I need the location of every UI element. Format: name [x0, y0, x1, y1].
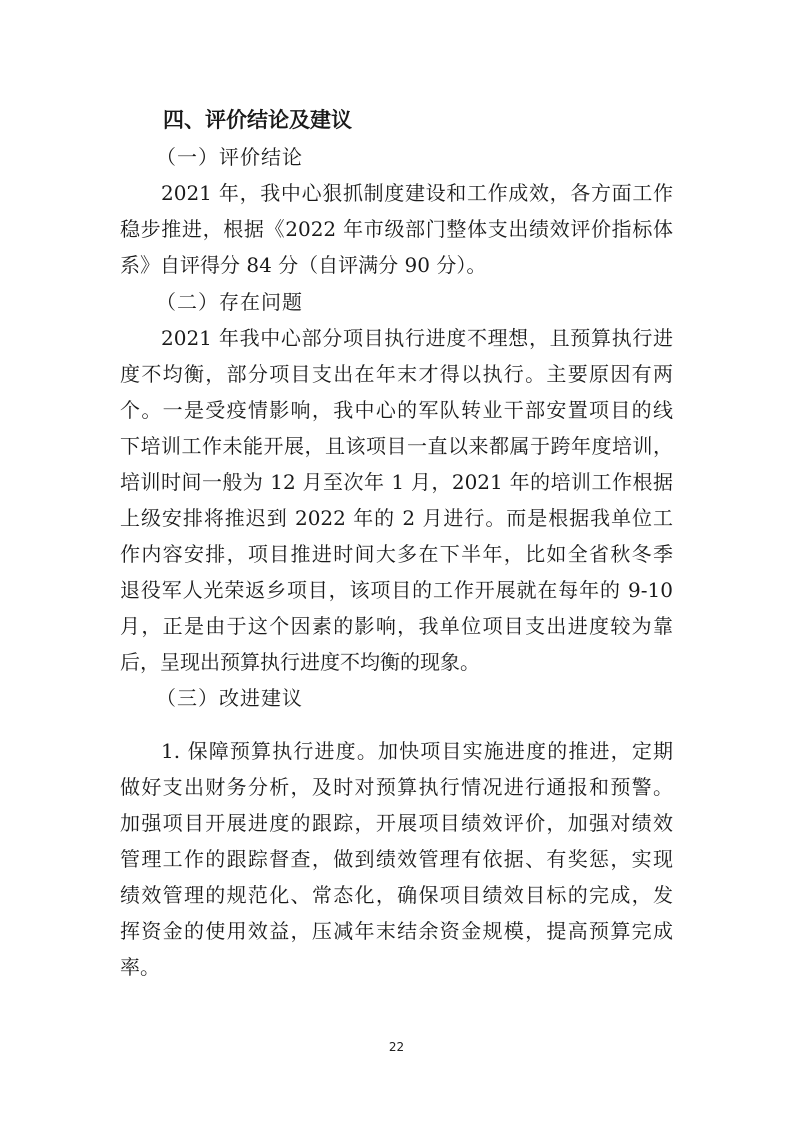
paragraph-line: 加强项目开展进度的跟踪，开展项目绩效评价，加强对绩效 — [120, 811, 673, 835]
paragraph-line: 绩效管理的规范化、常态化，确保项目绩效目标的完成，发 — [120, 883, 673, 907]
subsection-heading-conclusion: （一）评价结论 — [156, 145, 709, 169]
paragraph-line: 2021 年，我中心狠抓制度建设和工作成效，各方面工作 — [161, 181, 673, 205]
paragraph-line: 个。一是受疫情影响，我中心的军队转业干部安置项目的线 — [120, 398, 673, 422]
paragraph-line: 做好支出财务分析，及时对预算执行情况进行通报和预警。 — [120, 775, 673, 799]
paragraph-line: 后，呈现出预算执行进度不均衡的现象。 — [120, 650, 673, 674]
subsection-heading-problems: （二）存在问题 — [156, 290, 709, 314]
paragraph-line: 挥资金的使用效益，压减年末结余资金规模，提高预算完成 — [120, 919, 673, 943]
subsection-heading-suggestions: （三）改进建议 — [156, 686, 709, 710]
page-number: 22 — [0, 1040, 793, 1054]
paragraph-line: 2021 年我中心部分项目执行进度不理想，且预算执行进 — [161, 326, 673, 350]
paragraph-line: 率。 — [120, 955, 673, 979]
paragraph-line: 退役军人光荣返乡项目，该项目的工作开展就在每年的 9-10 — [120, 578, 673, 602]
paragraph-line: 度不均衡，部分项目支出在年末才得以执行。主要原因有两 — [120, 362, 673, 386]
paragraph-line: 稳步推进，根据《2022 年市级部门整体支出绩效评价指标体 — [120, 217, 673, 241]
paragraph-line: 作内容安排，项目推进时间大多在下半年，比如全省秋冬季 — [120, 542, 673, 566]
paragraph-line: 1. 保障预算执行进度。加快项目实施进度的推进，定期 — [161, 739, 673, 763]
paragraph-line: 系》自评得分 84 分（自评满分 90 分）。 — [120, 253, 673, 277]
section-title: 四、评价结论及建议 — [163, 108, 716, 132]
paragraph-line: 上级安排将推迟到 2022 年的 2 月进行。而是根据我单位工 — [120, 506, 673, 530]
paragraph-line: 月，正是由于这个因素的影响，我单位项目支出进度较为靠 — [120, 614, 673, 638]
paragraph-line: 下培训工作未能开展，且该项目一直以来都属于跨年度培训， — [120, 434, 673, 458]
paragraph-line: 管理工作的跟踪督查，做到绩效管理有依据、有奖惩，实现 — [120, 847, 673, 871]
document-page: 四、评价结论及建议 （一）评价结论 2021 年，我中心狠抓制度建设和工作成效，… — [0, 0, 793, 1122]
paragraph-line: 培训时间一般为 12 月至次年 1 月，2021 年的培训工作根据 — [120, 470, 673, 494]
